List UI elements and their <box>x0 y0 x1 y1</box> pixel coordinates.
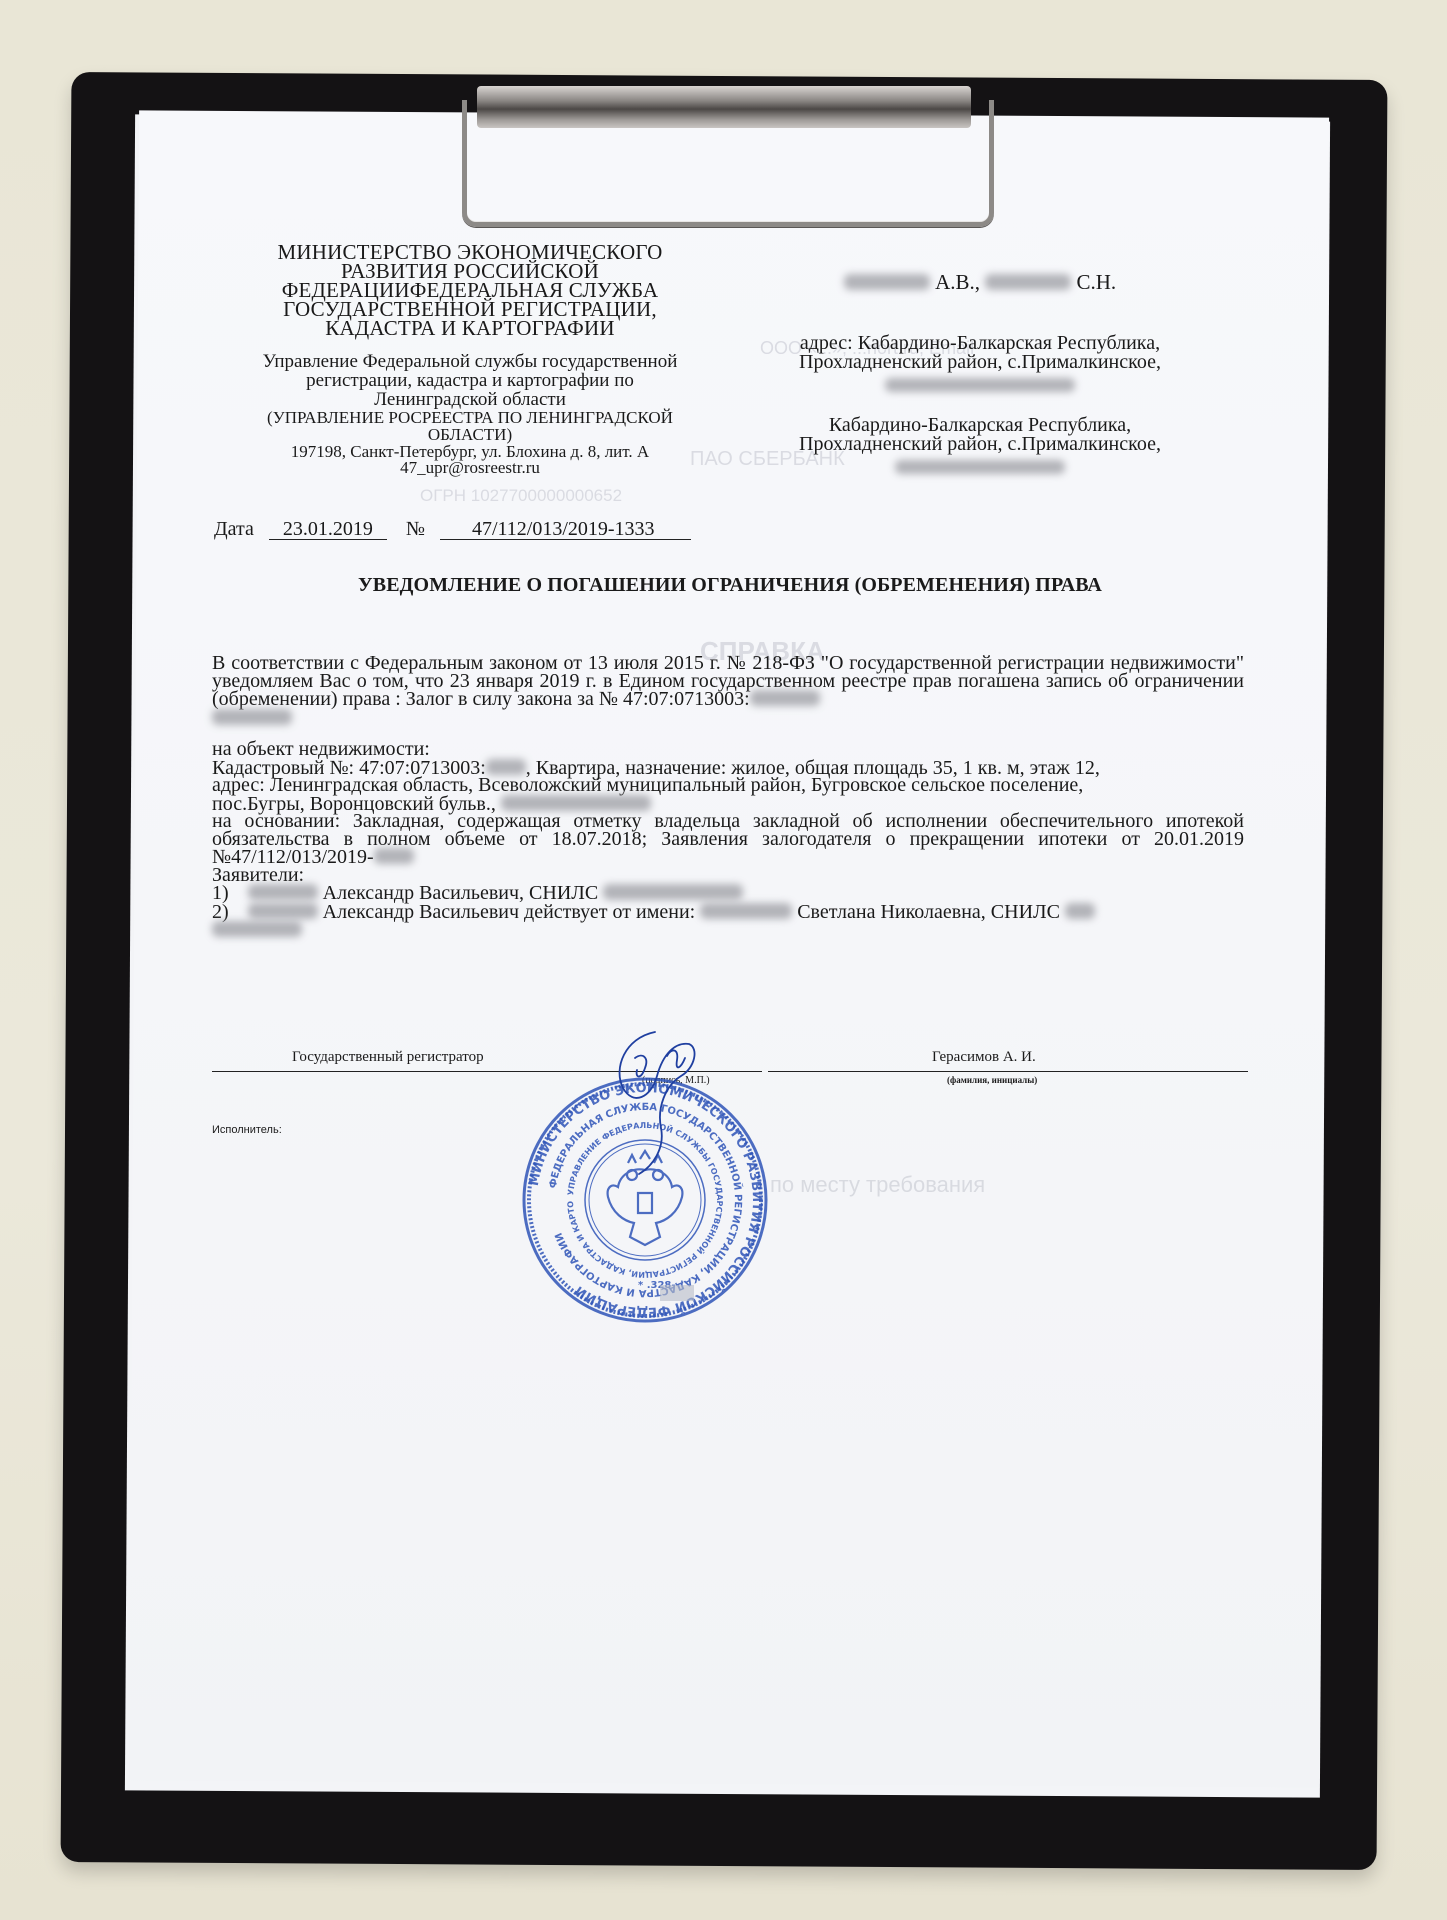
redacted-surname <box>248 903 318 919</box>
redacted-number <box>212 709 292 725</box>
clipboard-clip <box>477 86 971 128</box>
name-line <box>768 1071 1248 1072</box>
recipient-2-initials: С.Н. <box>1077 270 1117 294</box>
redacted-surname <box>985 274 1071 290</box>
issuer-block: МИНИСТЕРСТВО ЭКОНОМИЧЕСКОГО РАЗВИТИЯ РОС… <box>210 243 730 476</box>
signature-row: Государственный регистратор (подпись, М.… <box>212 1045 1248 1075</box>
intro-paragraph: В соответствии с Федеральным законом от … <box>212 655 1244 727</box>
document-body: В соответствии с Федеральным законом от … <box>212 655 1244 940</box>
date-value: 23.01.2019 <box>269 519 387 540</box>
office-name: Управление Федеральной службы государств… <box>210 352 730 443</box>
principal-name: Светлана Николаевна, СНИЛС <box>797 901 1060 923</box>
office-line: Ленинградской области <box>210 390 730 409</box>
redacted-house <box>501 795 651 811</box>
applicant-number: 2) <box>212 901 229 923</box>
address-line: Прохладненский район, с.Прималкинское, <box>760 353 1200 372</box>
office-line: Управление Федеральной службы государств… <box>210 352 730 371</box>
recipients: А.В., С.Н. <box>760 270 1200 294</box>
executor-label: Исполнитель: <box>212 1124 282 1136</box>
ministry-line: КАДАСТРА И КАРТОГРАФИИ <box>210 319 730 338</box>
redacted-street <box>885 378 1075 392</box>
recipient-1-initials: А.В., <box>935 270 980 294</box>
date-label: Дата <box>214 518 254 540</box>
redacted-number <box>750 690 820 706</box>
redacted-number <box>374 848 414 864</box>
recipient-address-1: адрес: Кабардино-Балкарская Республика, … <box>760 334 1200 392</box>
redacted-surname <box>248 884 318 900</box>
registrar-name: Герасимов А. И. <box>932 1049 1036 1066</box>
recipient-block: А.В., С.Н. адрес: Кабардино-Балкарская Р… <box>760 270 1200 474</box>
registrar-role: Государственный регистратор <box>292 1049 484 1066</box>
show-through-text: по месту требования <box>770 1172 985 1198</box>
address-line: Прохладненский район, с.Прималкинское, <box>760 435 1200 454</box>
object-paragraph: на объект недвижимости: Кадастровый №: 4… <box>212 741 1244 940</box>
redacted-surname <box>844 274 930 290</box>
redacted-surname <box>700 903 792 919</box>
applicant-2: Александр Васильевич действует от имени: <box>323 901 696 923</box>
redacted-number <box>486 759 526 775</box>
document-title: УВЕДОМЛЕНИЕ О ПОГАШЕНИИ ОГРАНИЧЕНИЯ (ОБР… <box>230 574 1230 597</box>
handwritten-signature-icon <box>605 1028 705 1178</box>
name-caption: (фамилия, инициалы) <box>947 1075 1037 1085</box>
redacted-stamp-number <box>660 1285 694 1301</box>
intro-text: В соответствии с Федеральным законом от … <box>212 652 1244 710</box>
number-value: 47/112/013/2019-1333 <box>440 519 691 540</box>
redacted-street <box>895 460 1065 474</box>
redacted-snils <box>212 921 302 937</box>
office-line: регистрации, кадастра и картографии по <box>210 371 730 390</box>
number-label: № <box>406 518 425 540</box>
office-line: ОБЛАСТИ) <box>210 426 730 443</box>
redacted-snils <box>603 884 743 900</box>
redacted-snils <box>1065 903 1095 919</box>
recipient-address-2: Кабардино-Балкарская Республика, Прохлад… <box>760 416 1200 474</box>
date-number-line: Дата 23.01.2019 № 47/112/013/2019-1333 <box>214 518 691 541</box>
issuer-email: 47_upr@rosreestr.ru <box>210 460 730 476</box>
show-through-text: ОГРН 1027700000000652 <box>420 486 622 506</box>
basis-text: на основании: Закладная, содержащая отме… <box>212 810 1244 868</box>
office-line: (УПРАВЛЕНИЕ РОСРЕЕСТРА ПО ЛЕНИНГРАДСКОЙ <box>210 409 730 426</box>
ministry-name: МИНИСТЕРСТВО ЭКОНОМИЧЕСКОГО РАЗВИТИЯ РОС… <box>210 243 730 338</box>
